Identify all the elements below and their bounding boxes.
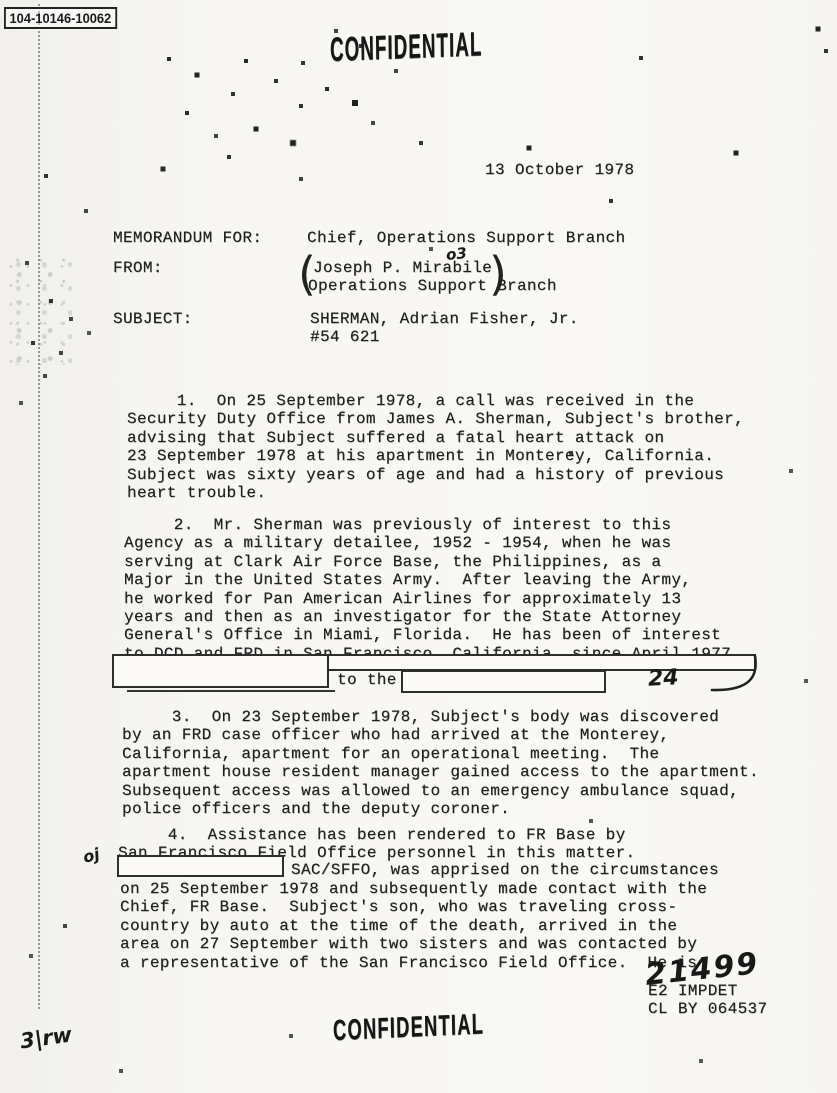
declass-marking-line2: CL BY 064537 <box>648 1000 767 1018</box>
confidential-stamp-top: CONFIDENTIAL <box>330 25 483 70</box>
handwritten-page-number: 24 <box>647 665 679 692</box>
subject-label: SUBJECT: <box>113 310 193 328</box>
scan-edge-dotted-line <box>38 4 40 1009</box>
redaction-box-left <box>112 654 329 688</box>
from-label: FROM: <box>113 259 163 277</box>
redaction-box-wide <box>324 654 756 671</box>
redaction-box-left-underline <box>127 690 335 692</box>
scan-smudge <box>0 255 72 365</box>
paragraph-3: 3. On 23 September 1978, Subject's body … <box>122 708 759 818</box>
redaction-box-paragraph-4 <box>117 855 284 877</box>
paragraph-1: 1. On 25 September 1978, a call was rece… <box>127 392 744 502</box>
scanned-memo-page: 104-10146-10062 CONFIDENTIAL CONFIDENTIA… <box>0 0 837 1093</box>
confidential-stamp-bottom: CONFIDENTIAL <box>333 1008 485 1048</box>
from-org: Operations Support Branch <box>308 277 557 295</box>
memo-for-label: MEMORANDUM FOR: <box>113 229 262 247</box>
paragraph-4-part2: on 25 September 1978 and subsequently ma… <box>120 880 707 972</box>
scan-noise-specks <box>0 0 2 2</box>
redaction-between-text: to the <box>337 671 397 689</box>
redaction-box-right <box>401 670 606 693</box>
date-line: 13 October 1978 <box>485 161 634 179</box>
paragraph-2: 2. Mr. Sherman was previously of interes… <box>124 516 741 663</box>
declass-marking-line1: E2 IMPDET <box>648 982 738 1000</box>
handwritten-margin-initials: oj <box>81 844 102 866</box>
subject-name: SHERMAN, Adrian Fisher, Jr. <box>310 310 579 328</box>
from-name: Joseph P. Mirabile <box>313 259 492 277</box>
subject-number: #54 621 <box>310 328 380 346</box>
memo-for-value: Chief, Operations Support Branch <box>307 229 625 247</box>
handwritten-bottom-left-scribble: 3|rw <box>19 1022 74 1053</box>
document-id-badge: 104-10146-10062 <box>4 7 117 29</box>
handwritten-bracket-mark <box>700 653 762 699</box>
paragraph-4-after-redaction: SAC/SFFO, was apprised on the circumstan… <box>291 861 719 879</box>
